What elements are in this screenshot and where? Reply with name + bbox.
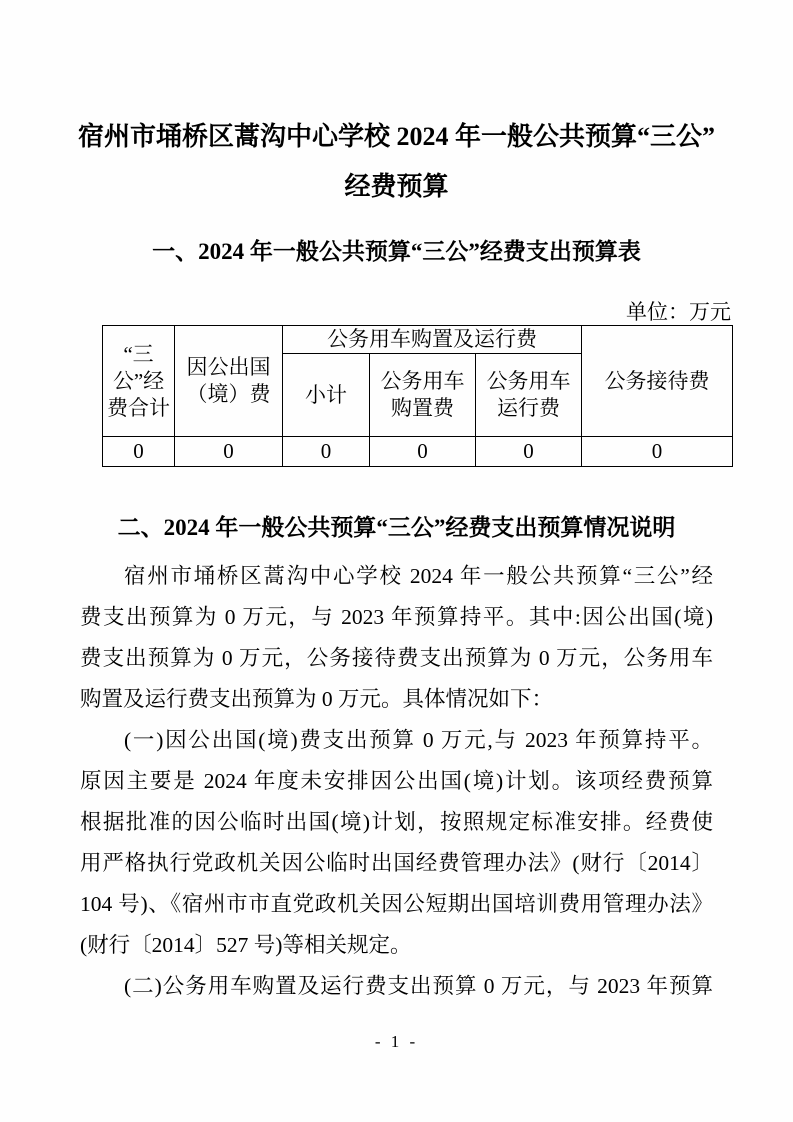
section2-heading: 二、2024 年一般公共预算“三公”经费支出预算情况说明 xyxy=(0,513,793,543)
value-cell-subtotal: 0 xyxy=(283,437,370,467)
value-cell-operation: 0 xyxy=(476,437,582,467)
document-title-line1: 宿州市埇桥区蒿沟中心学校 2024 年一般公共预算“三公” xyxy=(0,112,793,162)
value-cell-abroad: 0 xyxy=(175,437,283,467)
header-cell-subtotal: 小计 xyxy=(283,354,370,437)
paragraph2-line: 用严格执行党政机关因公临时出国经费管理办法》(财行〔2014〕 xyxy=(80,843,713,884)
document-page: 宿州市埇桥区蒿沟中心学校 2024 年一般公共预算“三公” 经费预算 一、202… xyxy=(0,0,793,1122)
table-value-row: 0 0 0 0 0 0 xyxy=(103,437,733,467)
value-cell-reception: 0 xyxy=(582,437,733,467)
page-number: - 1 - xyxy=(0,1032,793,1052)
paragraph2-line: 根据批准的因公临时出国(境)计划，按照规定标准安排。经费使 xyxy=(80,802,713,843)
paragraph2-line: (财行〔2014〕527 号)等相关规定。 xyxy=(80,925,713,966)
header-cell-abroad: 因公出国（境）费 xyxy=(175,326,283,437)
header-cell-operation: 公务用车运行费 xyxy=(476,354,582,437)
paragraph1-line: 费支出预算为 0 万元，公务接待费支出预算为 0 万元，公务用车 xyxy=(80,638,713,679)
value-cell-total: 0 xyxy=(103,437,175,467)
paragraph1-line: 购置及运行费支出预算为 0 万元。具体情况如下： xyxy=(80,679,713,720)
paragraph1-line: 费支出预算为 0 万元，与 2023 年预算持平。其中:因公出国(境) xyxy=(80,597,713,638)
paragraph3-line: (二)公务用车购置及运行费支出预算 0 万元，与 2023 年预算 xyxy=(80,966,713,1007)
paragraph2-line: (一)因公出国(境)费支出预算 0 万元,与 2023 年预算持平。 xyxy=(80,720,713,761)
three-public-budget-table: “三公”经费合计 因公出国（境）费 公务用车购置及运行费 公务接待费 小计 公务… xyxy=(102,325,733,467)
document-title-line2: 经费预算 xyxy=(0,162,793,212)
header-cell-vehicle-group: 公务用车购置及运行费 xyxy=(283,326,582,354)
header-cell-total: “三公”经费合计 xyxy=(103,326,175,437)
header-cell-reception: 公务接待费 xyxy=(582,326,733,437)
header-cell-purchase: 公务用车购置费 xyxy=(370,354,476,437)
table-unit-label: 单位：万元 xyxy=(0,299,731,325)
section2-body: 宿州市埇桥区蒿沟中心学校 2024 年一般公共预算“三公”经 费支出预算为 0 … xyxy=(80,556,713,1007)
paragraph2-line: 104 号)、《宿州市市直党政机关因公短期出国培训费用管理办法》 xyxy=(80,884,713,925)
document-title: 宿州市埇桥区蒿沟中心学校 2024 年一般公共预算“三公” 经费预算 xyxy=(0,0,793,212)
value-cell-purchase: 0 xyxy=(370,437,476,467)
paragraph1-line: 宿州市埇桥区蒿沟中心学校 2024 年一般公共预算“三公”经 xyxy=(80,556,713,597)
paragraph2-line: 原因主要是 2024 年度未安排因公出国(境)计划。该项经费预算 xyxy=(80,761,713,802)
section1-heading: 一、2024 年一般公共预算“三公”经费支出预算表 xyxy=(0,237,793,267)
